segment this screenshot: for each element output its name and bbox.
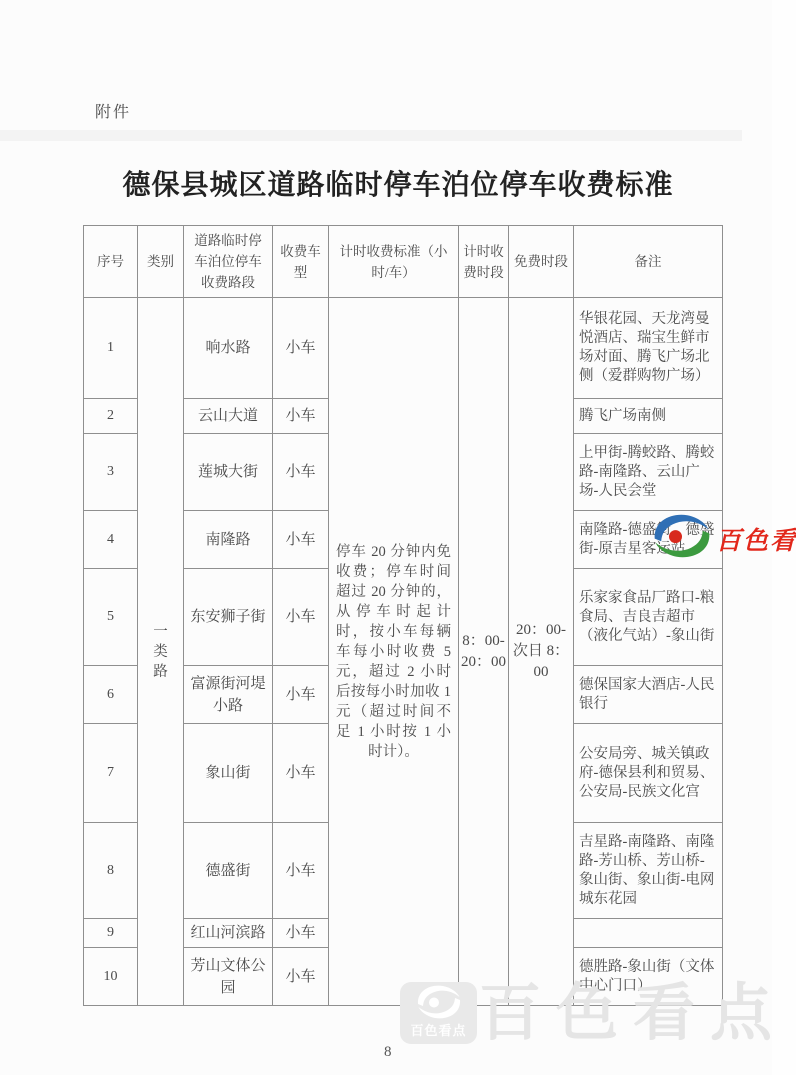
seq-cell: 9 <box>84 919 138 948</box>
category-cell: 一类路 <box>138 298 184 1006</box>
page-title: 德保县城区道路临时停车泊位停车收费标准 <box>0 163 796 203</box>
page-right-margin <box>772 0 796 1075</box>
seq-cell: 7 <box>84 724 138 823</box>
road-cell: 象山街 <box>184 724 273 823</box>
remark-cell: 上甲街-腾蛟路、腾蛟路-南隆路、云山广场-人民会堂 <box>574 434 723 511</box>
remark-cell: 德胜路-象山街（文体中心门口） <box>574 948 723 1006</box>
table-row: 1 一类路 响水路 小车 停车 20 分钟内免收费；停车时间超过 20 分钟的，… <box>84 298 723 399</box>
table-header-row: 序号 类别 道路临时停车泊位停车收费路段 收费车型 计时收费标准（小时/车） 计… <box>84 226 723 298</box>
charge-period-cell: 8：00-20：00 <box>459 298 509 1006</box>
remark-cell: 腾飞广场南侧 <box>574 399 723 434</box>
remark-cell: 公安局旁、城关镇政府-德保县利和贸易、公安局-民族文化宫 <box>574 724 723 823</box>
vehicle-cell: 小车 <box>273 823 329 919</box>
vehicle-cell: 小车 <box>273 948 329 1006</box>
remark-cell: 南隆路-德盛街、德盛街-原吉星客运站 <box>574 511 723 569</box>
road-cell: 红山河滨路 <box>184 919 273 948</box>
header-road-section: 道路临时停车泊位停车收费路段 <box>184 226 273 298</box>
seq-cell: 8 <box>84 823 138 919</box>
page-number: 8 <box>384 1044 392 1061</box>
vehicle-cell: 小车 <box>273 919 329 948</box>
road-cell: 响水路 <box>184 298 273 399</box>
header-vehicle-type: 收费车型 <box>273 226 329 298</box>
remark-cell: 华银花园、天龙湾曼悦酒店、瑞宝生鲜市场对面、腾飞广场北侧（爱群购物广场） <box>574 298 723 399</box>
header-free-period: 免费时段 <box>509 226 574 298</box>
remark-cell: 德保国家大酒店-人民银行 <box>574 666 723 724</box>
seq-cell: 3 <box>84 434 138 511</box>
vehicle-cell: 小车 <box>273 298 329 399</box>
free-period-cell: 20：00-次日 8：00 <box>509 298 574 1006</box>
remark-cell <box>574 919 723 948</box>
scan-shade-band <box>0 130 742 141</box>
vehicle-cell: 小车 <box>273 399 329 434</box>
seq-cell: 4 <box>84 511 138 569</box>
road-cell: 云山大道 <box>184 399 273 434</box>
road-cell: 芳山文体公园 <box>184 948 273 1006</box>
seq-cell: 2 <box>84 399 138 434</box>
road-cell: 南隆路 <box>184 511 273 569</box>
seq-cell: 1 <box>84 298 138 399</box>
header-charge-period: 计时收费时段 <box>459 226 509 298</box>
vehicle-cell: 小车 <box>273 724 329 823</box>
vehicle-cell: 小车 <box>273 434 329 511</box>
header-remark: 备注 <box>574 226 723 298</box>
header-seq: 序号 <box>84 226 138 298</box>
remark-cell: 吉星路-南隆路、南隆路-芳山桥、芳山桥-象山街、象山街-电网城东花园 <box>574 823 723 919</box>
seq-cell: 5 <box>84 569 138 666</box>
remark-cell: 乐家家食品厂路口-粮食局、吉良吉超市（液化气站）-象山街 <box>574 569 723 666</box>
attachment-label: 附件 <box>95 99 131 122</box>
header-fee-standard: 计时收费标准（小时/车） <box>329 226 459 298</box>
seq-cell: 6 <box>84 666 138 724</box>
road-cell: 东安狮子街 <box>184 569 273 666</box>
fee-standard-cell: 停车 20 分钟内免收费；停车时间超过 20 分钟的，从停车时起计时，按小车每辆… <box>329 298 459 1006</box>
road-cell: 德盛街 <box>184 823 273 919</box>
baise-kandian-badge-label: 百色看点 <box>410 1020 466 1039</box>
seq-cell: 10 <box>84 948 138 1006</box>
vehicle-cell: 小车 <box>273 511 329 569</box>
road-cell: 富源街河堤小路 <box>184 666 273 724</box>
parking-fee-table: 序号 类别 道路临时停车泊位停车收费路段 收费车型 计时收费标准（小时/车） 计… <box>83 225 723 1006</box>
road-cell: 莲城大街 <box>184 434 273 511</box>
header-category: 类别 <box>138 226 184 298</box>
vehicle-cell: 小车 <box>273 569 329 666</box>
vehicle-cell: 小车 <box>273 666 329 724</box>
